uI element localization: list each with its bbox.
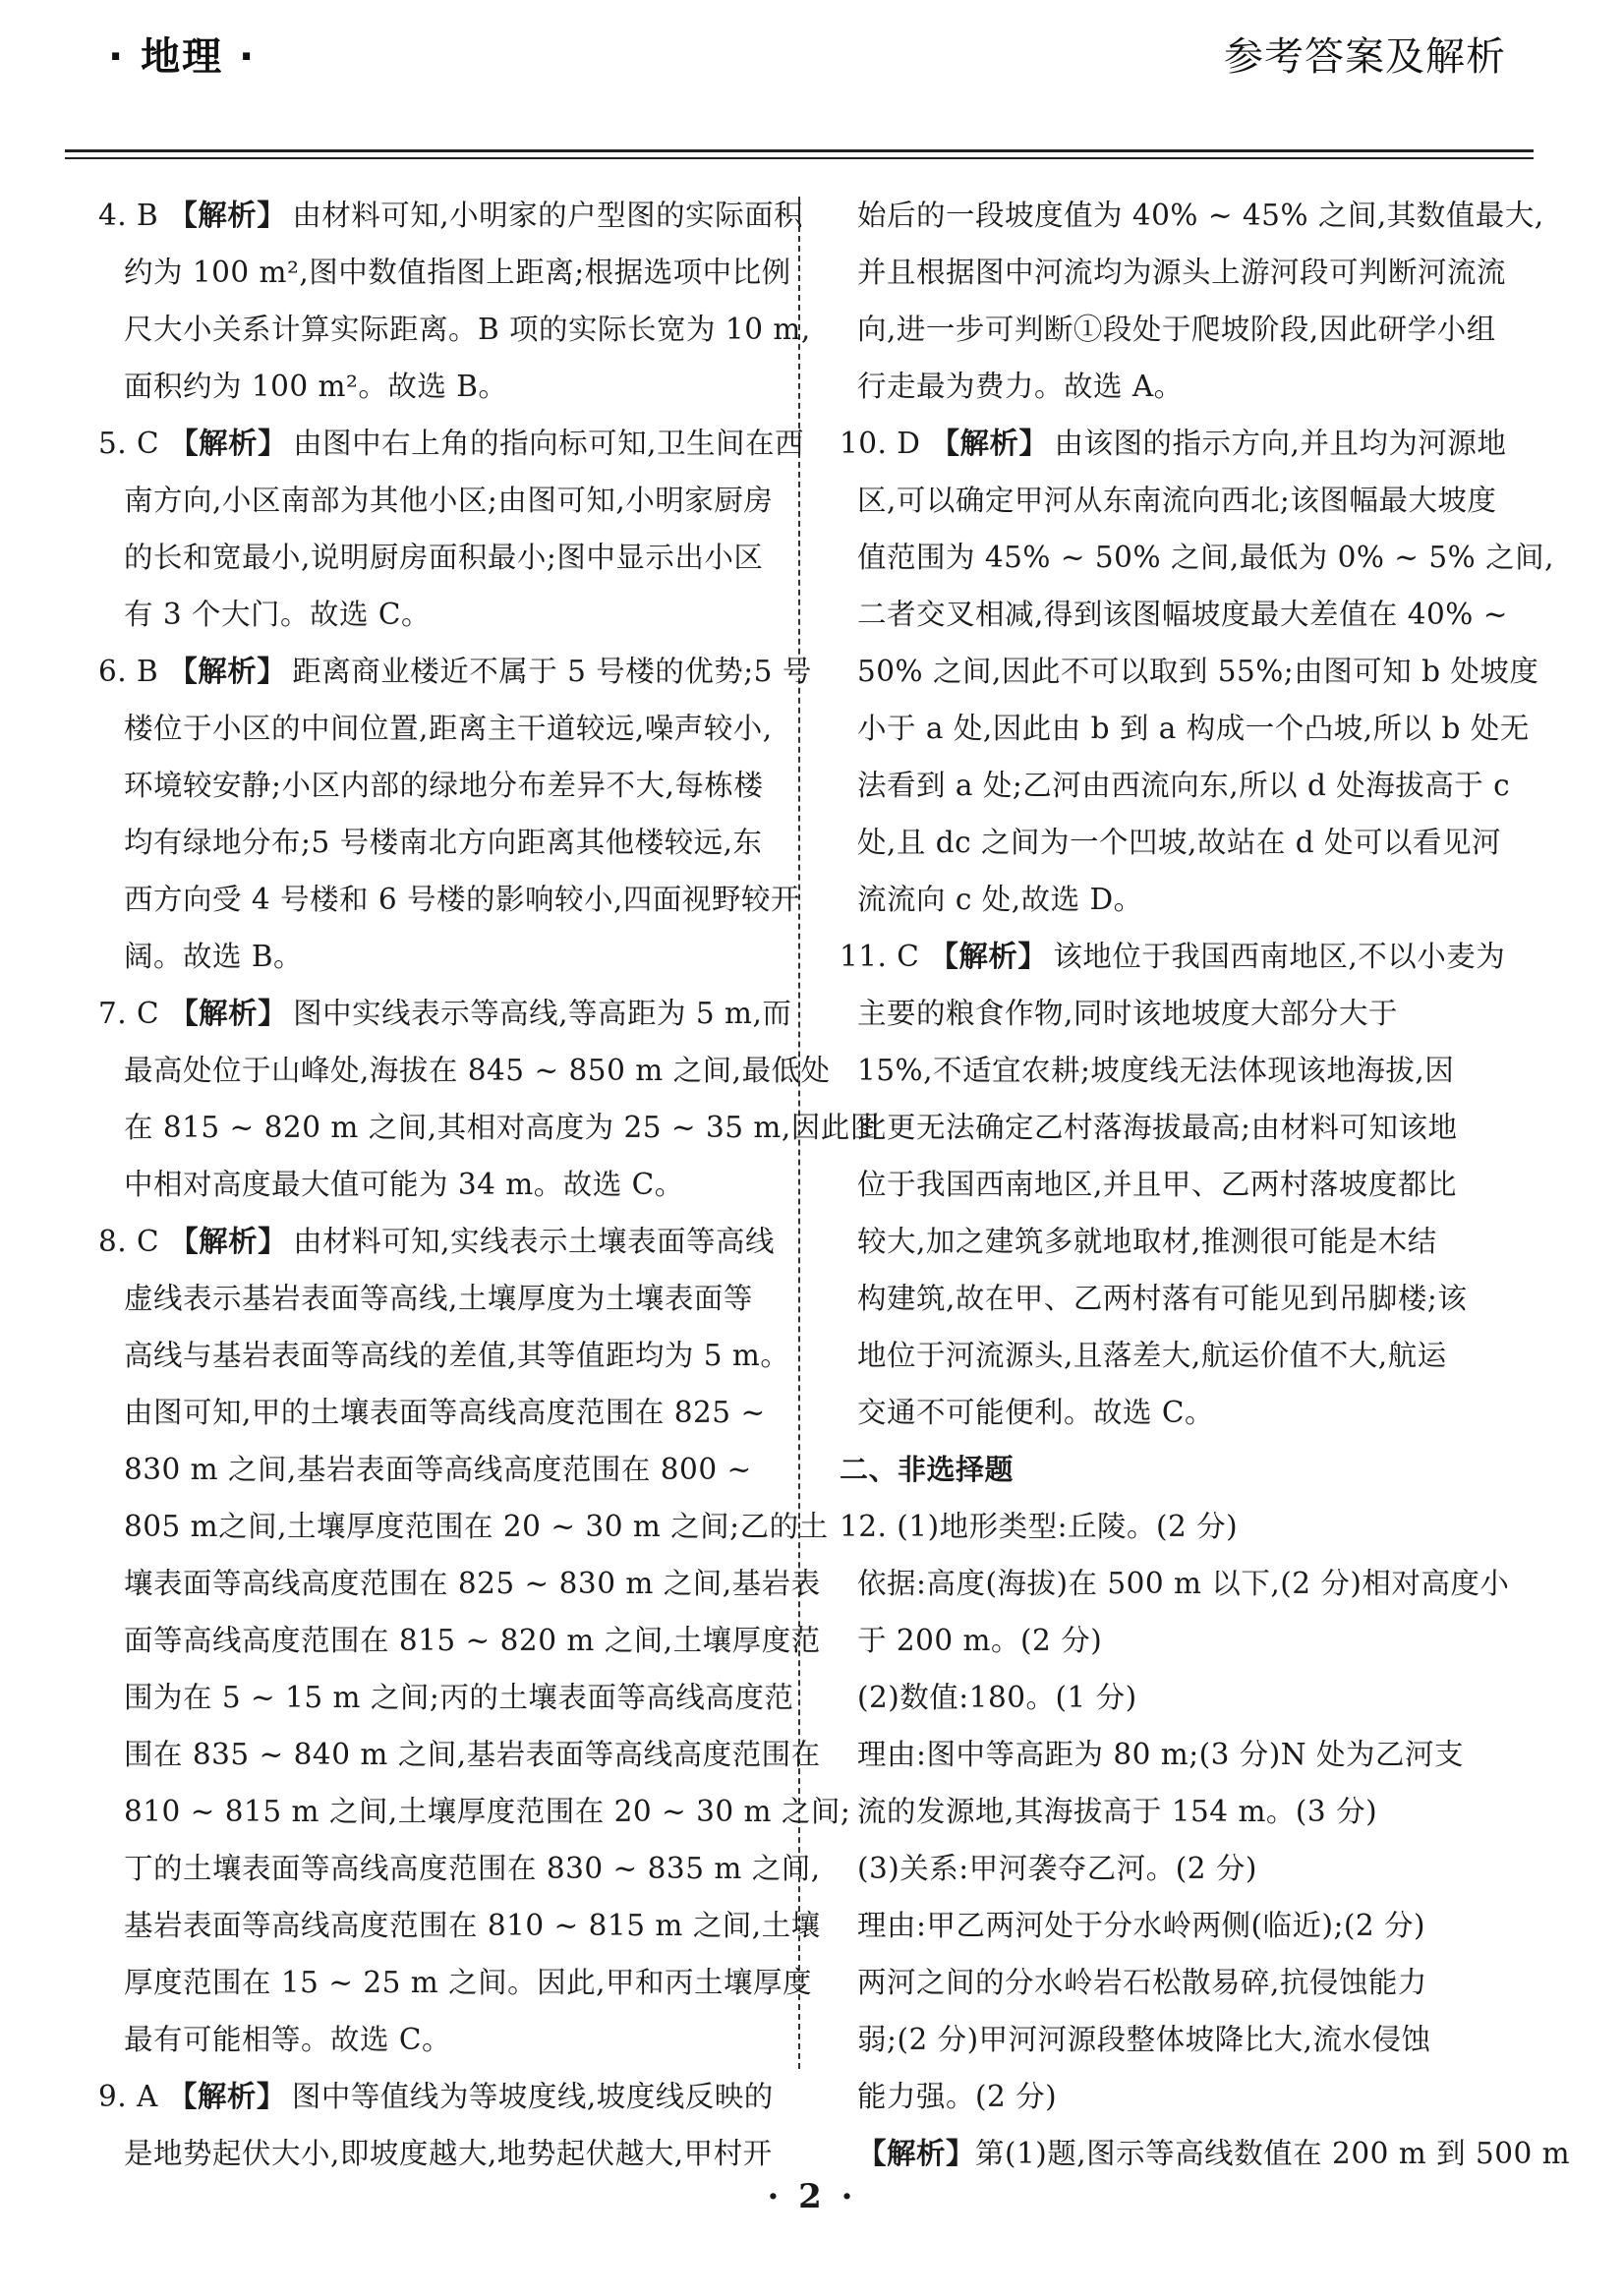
answer-item-8: 8. C【解析】由材料可知,实线表示土壤表面等高线 虚线表示基岩表面等高线,土壤…	[98, 1213, 786, 2068]
answer-item-10: 10. D【解析】由该图的指示方向,并且均为河源地 区,可以确定甲河从东南流向西…	[840, 415, 1534, 928]
text-line: 向,进一步可判断①段处于爬坡阶段,因此研学小组	[857, 301, 1534, 358]
text-line: 值范围为 45% ~ 50% 之间,最低为 0% ~ 5% 之间,	[840, 529, 1534, 586]
text-line: 交通不可能便利。故选 C。	[840, 1384, 1534, 1441]
text-line: 主要的粮食作物,同时该地坡度大部分大于	[840, 985, 1534, 1042]
analysis-tag: 【解析】	[930, 426, 1048, 460]
analysis-tag: 【解析】	[169, 426, 287, 460]
left-column: 4. B【解析】由材料可知,小明家的户型图的实际面积 约为 100 m²,图中数…	[98, 187, 786, 2182]
question-12-body: 依据:高度(海拔)在 500 m 以下,(2 分)相对高度小 于 200 m。(…	[840, 1555, 1534, 2182]
answer-item-6: 6. B【解析】距离商业楼近不属于 5 号楼的优势;5 号 楼位于小区的中间位置…	[98, 643, 786, 985]
text-line: 围为在 5 ~ 15 m 之间;丙的土壤表面等高线高度范	[98, 1669, 786, 1726]
text-line: 构建筑,故在甲、乙两村落有可能见到吊脚楼;该	[840, 1270, 1534, 1327]
text-line: 810 ~ 815 m 之间,土壤厚度范围在 20 ~ 30 m 之间;	[98, 1783, 786, 1840]
text-line: 始后的一段坡度值为 40% ~ 45% 之间,其数值最大,	[857, 187, 1534, 244]
question-12-first-line: 12. (1)地形类型:丘陵。(2 分)	[840, 1498, 1534, 1555]
text-line: 基岩表面等高线高度范围在 810 ~ 815 m 之间,土壤	[98, 1897, 786, 1954]
analysis-tag: 【解析】	[857, 2136, 975, 2170]
text-line: 最高处位于山峰处,海拔在 845 ~ 850 m 之间,最低处	[98, 1042, 786, 1099]
text-line: 此更无法确定乙村落海拔最高;由材料可知该地	[840, 1099, 1534, 1156]
text-line: 较大,加之建筑多就地取材,推测很可能是木结	[840, 1213, 1534, 1270]
text-line: 有 3 个大门。故选 C。	[98, 586, 786, 643]
analysis-tag: 【解析】	[168, 2079, 286, 2113]
text-line: 该地位于我国西南地区,不以小麦为	[1053, 940, 1505, 973]
answer-number: 4. B	[98, 199, 158, 232]
text-line: 约为 100 m²,图中数值指图上距离;根据选项中比例	[98, 244, 786, 301]
text-line: 830 m 之间,基岩表面等高线高度范围在 800 ~	[98, 1441, 786, 1498]
text-line: 厚度范围在 15 ~ 25 m 之间。因此,甲和丙土壤厚度	[98, 1954, 786, 2011]
text-line: 由图可知,甲的土壤表面等高线高度范围在 825 ~	[98, 1384, 786, 1441]
text-line: 最有可能相等。故选 C。	[98, 2011, 786, 2068]
document-title: 参考答案及解析	[1224, 26, 1506, 82]
text-line: 面积约为 100 m²。故选 B。	[98, 358, 786, 415]
text-line: 流流向 c 处,故选 D。	[840, 871, 1534, 928]
answer-number: 8. C	[98, 1225, 159, 1258]
text-line: 围在 835 ~ 840 m 之间,基岩表面等高线高度范围在	[98, 1726, 786, 1783]
text-line: 二者交叉相减,得到该图幅坡度最大差值在 40% ~	[840, 586, 1534, 643]
section-title: 二、非选择题	[840, 1441, 1534, 1498]
analysis-tag: 【解析】	[168, 654, 286, 688]
text-line: 依据:高度(海拔)在 500 m 以下,(2 分)相对高度小	[857, 1555, 1534, 1612]
answer-item-9: 9. A【解析】图中等值线为等坡度线,坡度线反映的 是地势起伏大小,即坡度越大,…	[98, 2068, 786, 2182]
text-line: 能力强。(2 分)	[857, 2068, 1534, 2125]
text-line: 由该图的指示方向,并且均为河源地	[1054, 427, 1506, 460]
text-line: 两河之间的分水岭岩石松散易碎,抗侵蚀能力	[857, 1954, 1534, 2011]
text-line: 并且根据图中河流均为源头上游河段可判断河流流	[857, 244, 1534, 301]
text-line: 于 200 m。(2 分)	[857, 1612, 1534, 1669]
text-line: 区,可以确定甲河从东南流向西北;该图幅最大坡度	[840, 472, 1534, 529]
text-line: 在 815 ~ 820 m 之间,其相对高度为 25 ~ 35 m,因此图	[98, 1099, 786, 1156]
page-number: · 2 ·	[0, 2177, 1624, 2216]
text-line: 第(1)题,图示等高线数值在 200 m 到 500 m	[975, 2137, 1570, 2170]
text-line: 是地势起伏大小,即坡度越大,地势起伏越大,甲村开	[98, 2125, 786, 2182]
text-line: 位于我国西南地区,并且甲、乙两村落坡度都比	[840, 1156, 1534, 1213]
text-line: 图中实线表示等高线,等高距为 5 m,而	[293, 997, 791, 1030]
text-line: 50% 之间,因此不可以取到 55%;由图可知 b 处坡度	[840, 643, 1534, 700]
text-line: 虚线表示基岩表面等高线,土壤厚度为土壤表面等	[98, 1270, 786, 1327]
answer-number: 5. C	[98, 427, 159, 460]
text-line: 地位于河流源头,且落差大,航运价值不大,航运	[840, 1327, 1534, 1384]
text-line: 小于 a 处,因此由 b 到 a 构成一个凸坡,所以 b 处无	[840, 700, 1534, 757]
text-line: 阔。故选 B。	[98, 928, 786, 985]
analysis-tag: 【解析】	[168, 198, 286, 232]
text-line: 15%,不适宜农耕;坡度线无法体现该地海拔,因	[840, 1042, 1534, 1099]
text-line: 的长和宽最小,说明厨房面积最小;图中显示出小区	[98, 529, 786, 586]
subject-label: · 地理 ·	[108, 26, 256, 82]
text-line: 环境较安静;小区内部的绿地分布差异不大,每栋楼	[98, 757, 786, 814]
text-line: 流的发源地,其海拔高于 154 m。(3 分)	[857, 1783, 1534, 1840]
text-line: 均有绿地分布;5 号楼南北方向距离其他楼较远,东	[98, 814, 786, 871]
text-line: 由图中右上角的指向标可知,卫生间在西	[293, 427, 804, 460]
text-line: 面等高线高度范围在 815 ~ 820 m 之间,土壤厚度范	[98, 1612, 786, 1669]
text-line: 法看到 a 处;乙河由西流向东,所以 d 处海拔高于 c	[840, 757, 1534, 814]
text-line: 高线与基岩表面等高线的差值,其等值距均为 5 m。	[98, 1327, 786, 1384]
text-line: (2)数值:180。(1 分)	[857, 1669, 1534, 1726]
answer-item-9-continued: 始后的一段坡度值为 40% ~ 45% 之间,其数值最大, 并且根据图中河流均为…	[857, 187, 1534, 415]
text-line: 理由:图中等高距为 80 m;(3 分)N 处为乙河支	[857, 1726, 1534, 1783]
text-line: 由材料可知,实线表示土壤表面等高线	[293, 1225, 775, 1258]
answer-item-7: 7. C【解析】图中实线表示等高线,等高距为 5 m,而 最高处位于山峰处,海拔…	[98, 985, 786, 1213]
text-line: 图中等值线为等坡度线,坡度线反映的	[292, 2080, 774, 2113]
text-line: (3)关系:甲河袭夺乙河。(2 分)	[857, 1840, 1534, 1897]
text-line: 理由:甲乙两河处于分水岭两侧(临近);(2 分)	[857, 1897, 1534, 1954]
answer-number: 7. C	[98, 997, 159, 1030]
text-line: 壤表面等高线高度范围在 825 ~ 830 m 之间,基岩表	[98, 1555, 786, 1612]
header-double-rule	[65, 149, 1534, 159]
text-line: 尺大小关系计算实际距离。B 项的实际长宽为 10 m,	[98, 301, 786, 358]
text-line: 南方向,小区南部为其他小区;由图可知,小明家厨房	[98, 472, 786, 529]
text-line: 弱;(2 分)甲河河源段整体坡降比大,流水侵蚀	[857, 2011, 1534, 2068]
page-header: · 地理 · 参考答案及解析	[65, 0, 1534, 157]
text-line: 处,且 dc 之间为一个凹坡,故站在 d 处可以看见河	[840, 814, 1534, 871]
answer-number: 6. B	[98, 655, 158, 688]
text-line: 由材料可知,小明家的户型图的实际面积	[292, 199, 803, 232]
analysis-tag: 【解析】	[929, 939, 1047, 973]
answer-item-5: 5. C【解析】由图中右上角的指向标可知,卫生间在西 南方向,小区南部为其他小区…	[98, 415, 786, 643]
text-line: 距离商业楼近不属于 5 号楼的优势;5 号	[292, 655, 812, 688]
answer-number: 11. C	[840, 940, 919, 973]
text-line: 行走最为费力。故选 A。	[857, 358, 1534, 415]
answer-item-4: 4. B【解析】由材料可知,小明家的户型图的实际面积 约为 100 m²,图中数…	[98, 187, 786, 415]
analysis-tag: 【解析】	[169, 1224, 287, 1258]
answer-item-11: 11. C【解析】该地位于我国西南地区,不以小麦为 主要的粮食作物,同时该地坡度…	[840, 928, 1534, 1441]
answer-number: 10. D	[840, 427, 920, 460]
text-line: 805 m之间,土壤厚度范围在 20 ~ 30 m 之间;乙的土	[98, 1498, 786, 1555]
answer-number: 9. A	[98, 2080, 158, 2113]
right-column: 始后的一段坡度值为 40% ~ 45% 之间,其数值最大, 并且根据图中河流均为…	[857, 187, 1534, 2182]
text-line: 楼位于小区的中间位置,距离主干道较远,噪声较小,	[98, 700, 786, 757]
non-choice-section: 二、非选择题 12. (1)地形类型:丘陵。(2 分) 依据:高度(海拔)在 5…	[840, 1441, 1534, 2182]
text-line: 西方向受 4 号楼和 6 号楼的影响较小,四面视野较开	[98, 871, 786, 928]
text-line: 中相对高度最大值可能为 34 m。故选 C。	[98, 1156, 786, 1213]
analysis-tag: 【解析】	[169, 996, 287, 1030]
text-line: 丁的土壤表面等高线高度范围在 830 ~ 835 m 之间,	[98, 1840, 786, 1897]
